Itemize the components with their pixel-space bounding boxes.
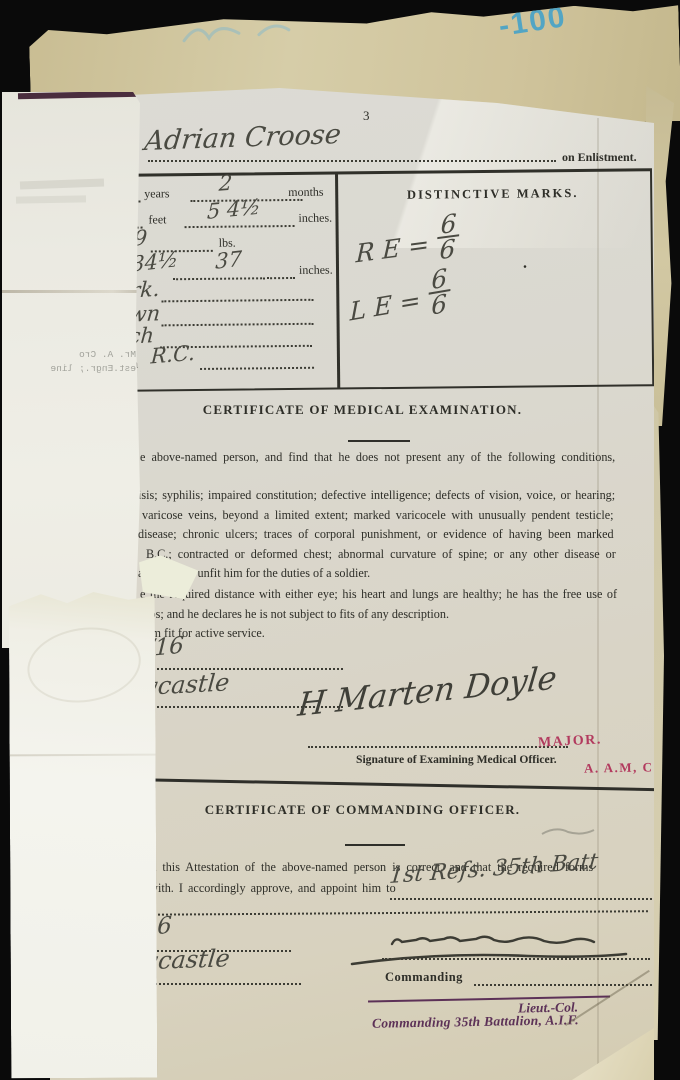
document-scan: -100 3 Adrian Croose on Enlistment. year…	[0, 0, 680, 1080]
pencil-scribble	[538, 824, 598, 838]
pen-stroke	[348, 948, 632, 968]
medical-eyes-block: e the required distance with either eye;…	[140, 584, 654, 624]
strip-crease	[10, 754, 156, 757]
page-number: 3	[363, 108, 370, 124]
medical-para1: e above-named person, and find that he d…	[140, 450, 615, 465]
medical-certificate-title: CERTIFICATE OF MEDICAL EXAMINATION.	[105, 402, 620, 418]
embossed-seal-mark	[22, 620, 145, 710]
dotted-line	[390, 898, 652, 900]
overlapping-paper-strip-upper: Mr. A. Cro est.Engr.; line	[2, 92, 140, 648]
dotted-line	[148, 160, 556, 162]
commanding-para-line2: d with. I accordingly approve, and appoi…	[138, 881, 396, 896]
appointment-handwritten: 1st Refs. 35th Batt	[388, 849, 599, 889]
commanding-label: Commanding	[385, 970, 463, 985]
bleed-through-text: Mr. A. Cro est.Engr.; line	[6, 348, 136, 376]
faint-blue-scribble	[178, 15, 329, 47]
faint-smudge	[20, 179, 104, 190]
blue-crayon-mark: -100	[497, 0, 569, 44]
section-divider-rule	[128, 778, 656, 791]
left-eye-test: L E = 66	[350, 267, 450, 331]
strip-crease	[2, 290, 140, 293]
dotted-line-long	[138, 910, 648, 916]
faint-smudge	[16, 195, 86, 203]
dotted-line	[308, 746, 568, 748]
age-years-value: 2	[218, 170, 233, 195]
height-value: 5 4½	[207, 194, 262, 223]
examining-officer-label: Signature of Examining Medical Officer.	[356, 753, 557, 766]
religion-row: n R.C.	[104, 347, 337, 373]
religion-value: R.C.	[150, 341, 196, 369]
stamp-unit-label: Commanding 35th Battalion, A.I.F.	[372, 1012, 579, 1032]
chest-max-value: 37	[215, 246, 242, 273]
stray-ink-dot: .	[523, 255, 527, 273]
medical-conditions-block: isis; syphilis; impaired constitution; d…	[138, 486, 654, 584]
section-rule	[348, 440, 410, 442]
vitals-table: years 2 months feet 5 4½ inches. 9 lbs.	[100, 168, 654, 392]
chest-min-value: 34½	[131, 247, 178, 277]
on-enlistment-label: on Enlistment.	[562, 150, 637, 165]
distinctive-marks-title: DISTINCTIVE MARKS.	[335, 185, 650, 203]
complexion-row: rk.	[103, 279, 336, 305]
major-rank-stamp: MAJOR.	[538, 732, 603, 751]
strip-purple-edge	[18, 91, 140, 100]
aamc-corps-stamp: A. A.M, C.	[584, 759, 658, 776]
commanding-certificate-title: CERTIFICATE OF COMMANDING OFFICER.	[105, 802, 620, 818]
section-rule	[345, 844, 405, 846]
dotted-line	[138, 668, 343, 670]
dotted-line	[136, 983, 301, 985]
overlapping-paper-strip-lower	[9, 592, 158, 1079]
chest-row: 34½ 37 inches.	[103, 253, 336, 281]
